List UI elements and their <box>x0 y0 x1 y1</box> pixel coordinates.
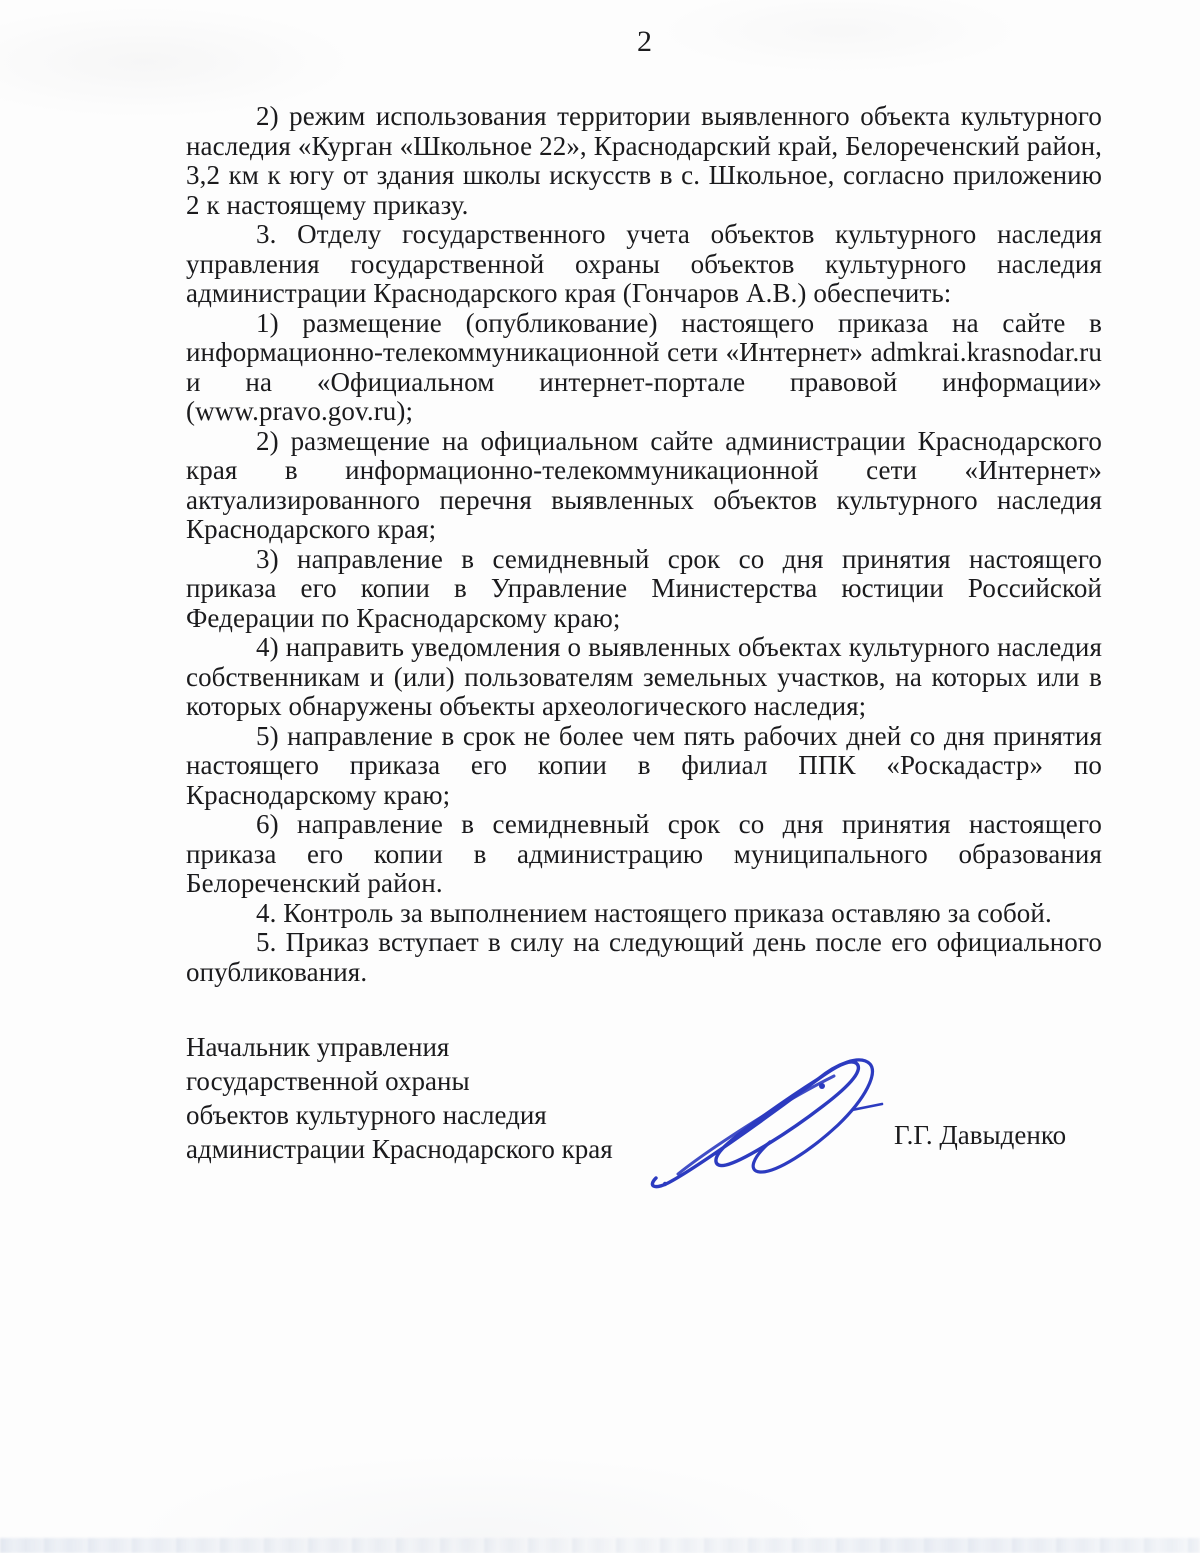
document-page: 2 2) режим использования территории выяв… <box>0 0 1200 1553</box>
paragraph-4: 2) размещение на официальном сайте админ… <box>186 427 1102 545</box>
handwritten-signature <box>638 1046 896 1196</box>
document-body: 2) режим использования территории выявле… <box>186 102 1102 987</box>
paragraph-5: 3) направление в семидневный срок со дня… <box>186 545 1102 634</box>
paragraph-1: 2) режим использования территории выявле… <box>186 102 1102 220</box>
scan-edge-artifact <box>0 1538 1200 1553</box>
signer-name: Г.Г. Давыденко <box>894 1120 1066 1151</box>
paragraph-10: 5. Приказ вступает в силу на следующий д… <box>186 928 1102 987</box>
signatory-position-block: Начальник управления государственной охр… <box>186 1030 613 1166</box>
page-number: 2 <box>637 26 652 58</box>
signatory-position-line: государственной охраны <box>186 1064 613 1098</box>
paragraph-9: 4. Контроль за выполнением настоящего пр… <box>186 899 1102 929</box>
paragraph-2: 3. Отделу государственного учета объекто… <box>186 220 1102 309</box>
signatory-position-line: администрации Краснодарского края <box>186 1132 613 1166</box>
paragraph-8: 6) направление в семидневный срок со дня… <box>186 810 1102 899</box>
paragraph-7: 5) направление в срок не более чем пять … <box>186 722 1102 811</box>
paragraph-3: 1) размещение (опубликование) настоящего… <box>186 309 1102 427</box>
paragraph-6: 4) направить уведомления о выявленных об… <box>186 633 1102 722</box>
signatory-position-line: объектов культурного наследия <box>186 1098 613 1132</box>
signatory-position-line: Начальник управления <box>186 1030 613 1064</box>
